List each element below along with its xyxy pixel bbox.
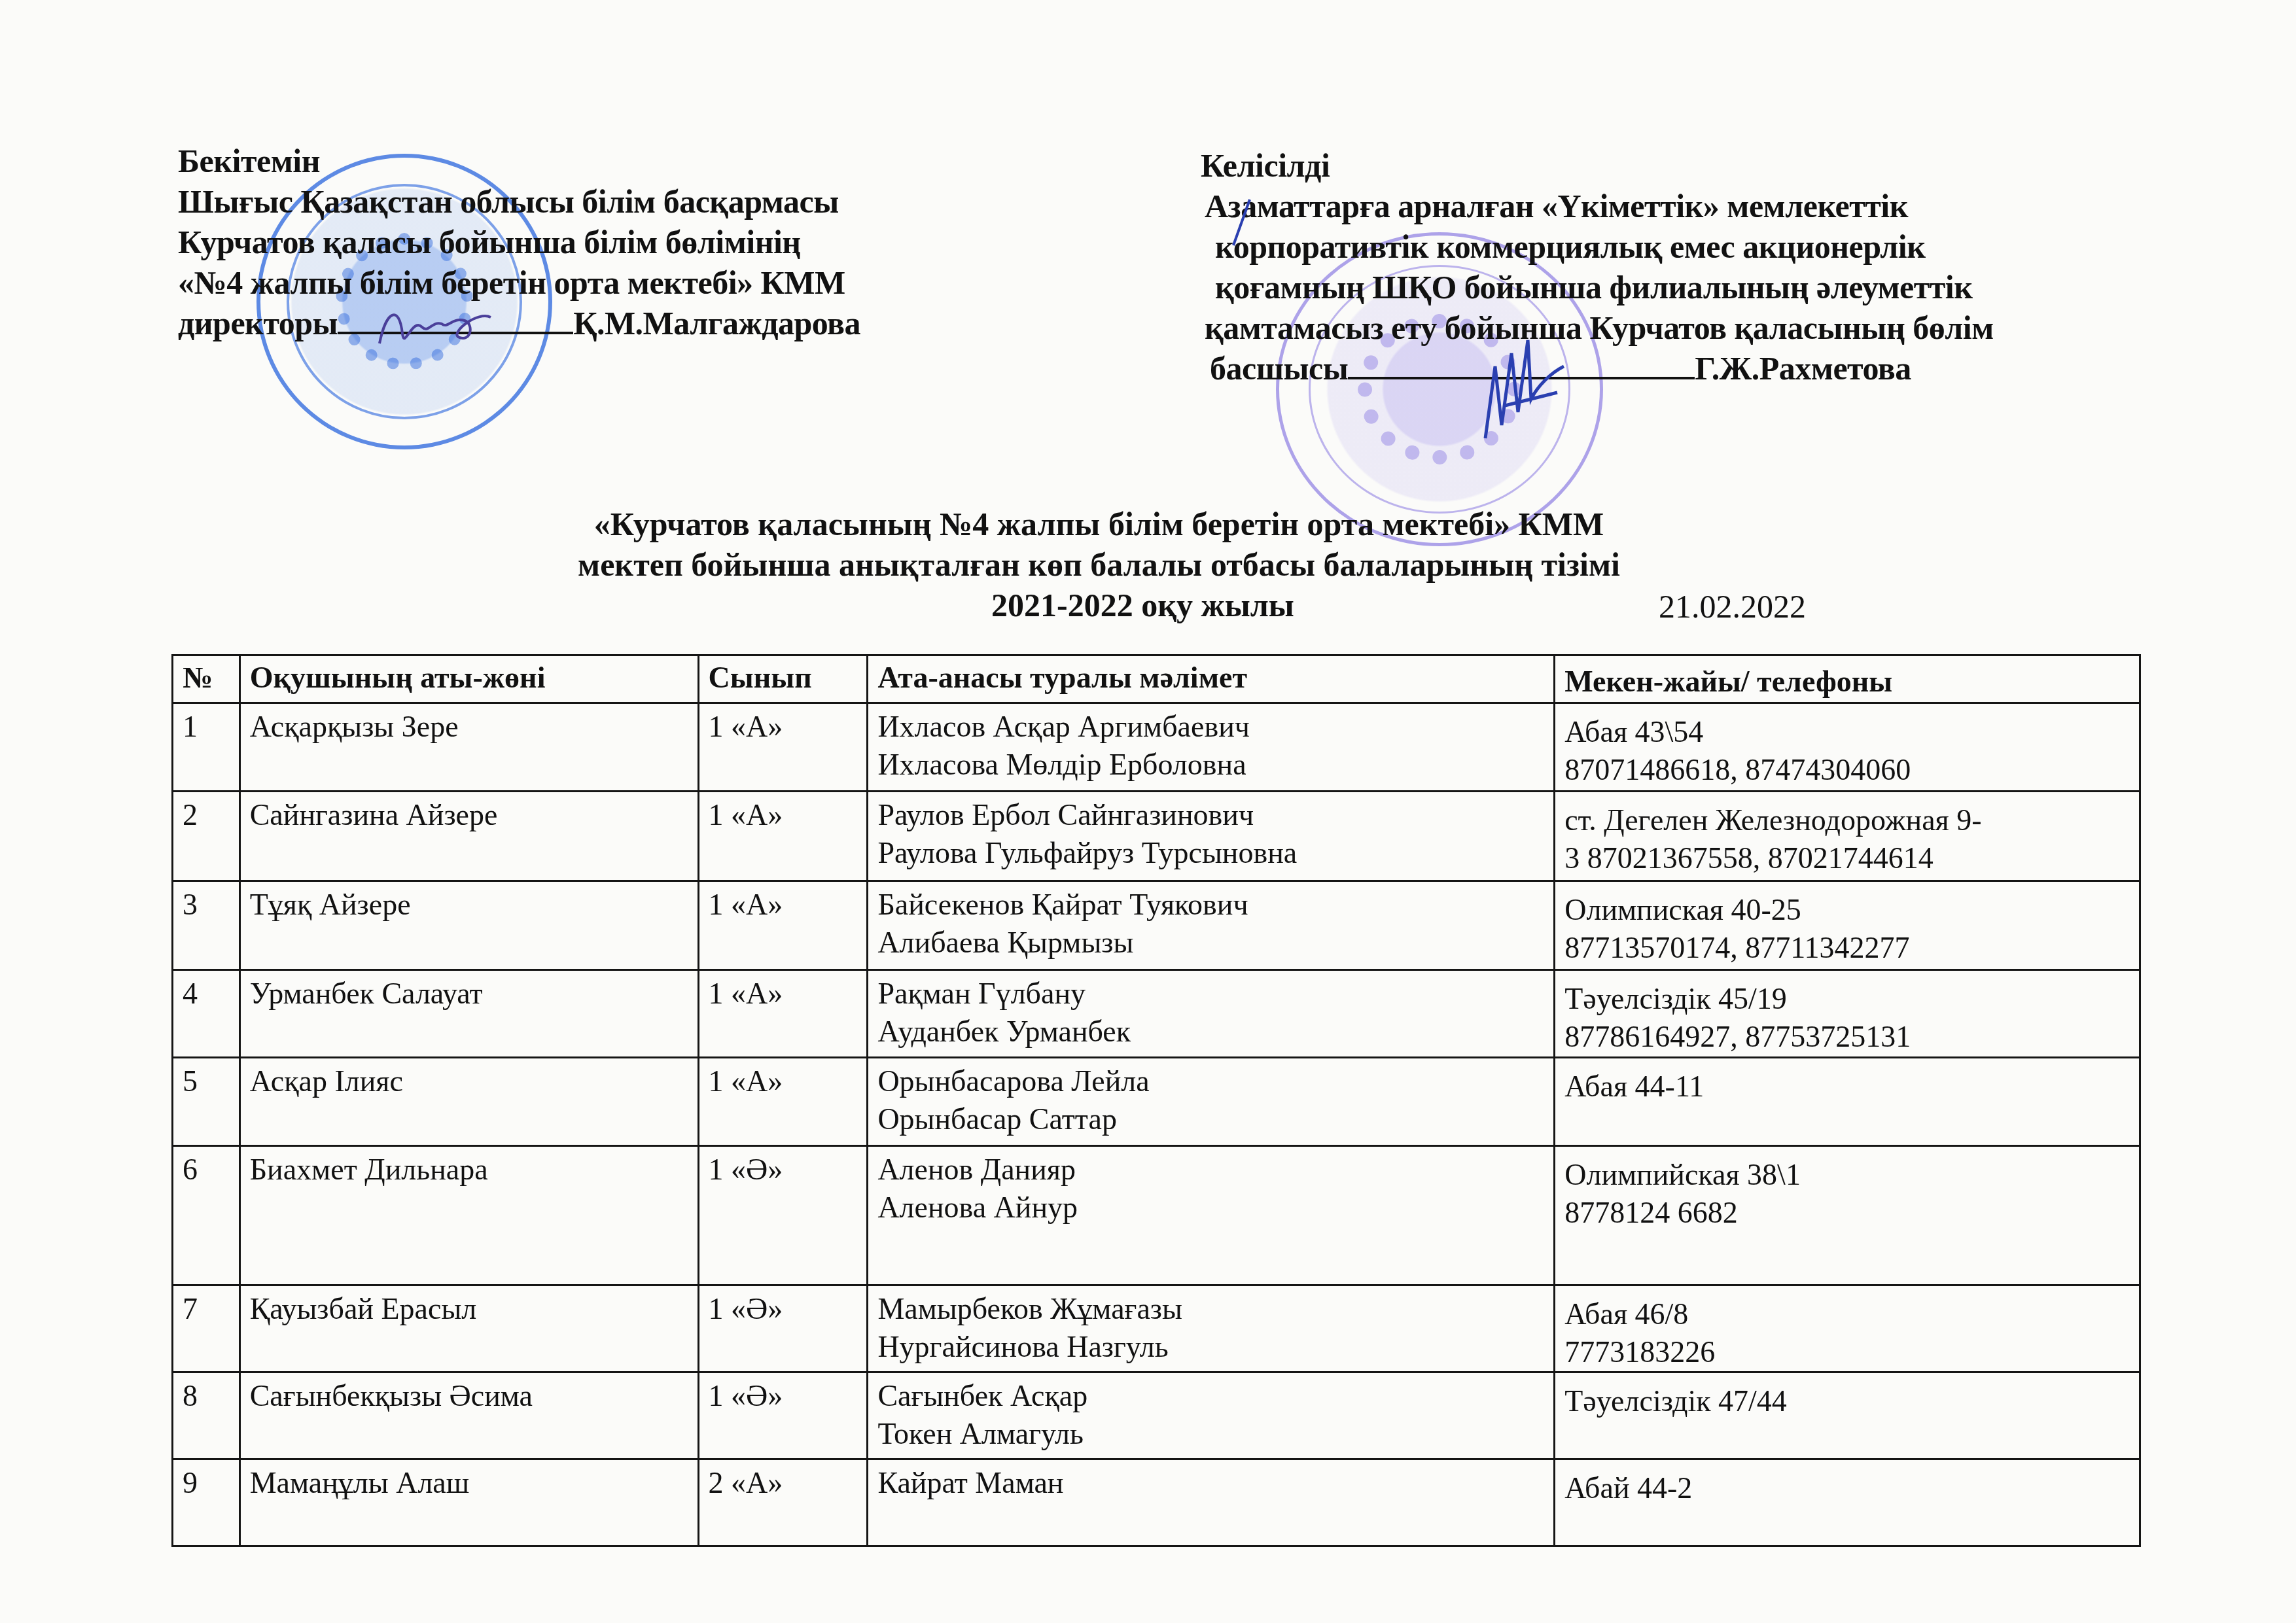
phone-line: 87786164927, 87753725131 xyxy=(1564,1018,2130,1056)
address-line: Абай 44-2 xyxy=(1564,1469,2130,1507)
cell-address-phone: Олимпиская 40-25 87713570174, 8771134227… xyxy=(1555,881,2140,970)
parent-name: Рақман Гүлбану xyxy=(877,975,1544,1013)
cell-number: 5 xyxy=(173,1058,240,1146)
cell-number: 3 xyxy=(173,881,240,970)
parent-name: Ихласова Мөлдір Ерболовна xyxy=(877,746,1544,784)
parent-name: Раулова Гульфайруз Турсыновна xyxy=(877,834,1544,872)
cell-parents: Аленов Данияр Аленова Айнур xyxy=(868,1146,1555,1285)
approval-line: Азаматтарға арналған «Үкіметтік» мемлеке… xyxy=(1201,186,1994,226)
address-line: Тәуелсіздік 47/44 xyxy=(1564,1382,2130,1420)
academic-year: 2021-2022 оқу жылы xyxy=(991,585,1294,625)
cell-student-name: Тұяқ Айзере xyxy=(239,881,698,970)
cell-address-phone: Тәуелсіздік 45/19 87786164927, 877537251… xyxy=(1555,970,2140,1058)
approval-line: корпоративтік коммерциялық емес акционер… xyxy=(1201,226,1994,267)
cell-class: 1 «Ә» xyxy=(698,1372,868,1459)
phone-line xyxy=(1564,1507,2130,1545)
parent-name: Орынбасарова Лейла xyxy=(877,1062,1544,1100)
parent-name: Аленов Данияр xyxy=(877,1151,1544,1189)
phone-line: 7773183226 xyxy=(1564,1333,2130,1371)
cell-number: 4 xyxy=(173,970,240,1058)
document-date: 21.02.2022 xyxy=(1659,586,1806,627)
cell-student-name: Сағынбекқызы Әсима xyxy=(239,1372,698,1459)
cell-class: 1 «А» xyxy=(698,970,868,1058)
phone-line: 8778124 6682 xyxy=(1564,1194,2130,1232)
parent-name: Токен Алмагуль xyxy=(877,1415,1544,1453)
parent-name: Кайрат Маман xyxy=(877,1464,1544,1502)
approval-heading: Бекітемін xyxy=(178,141,860,181)
cell-number: 1 xyxy=(173,703,240,792)
cell-address-phone: Тәуелсіздік 47/44 xyxy=(1555,1372,2140,1459)
cell-address-phone: Абая 46/8 7773183226 xyxy=(1555,1285,2140,1372)
approval-line: қамтамасыз ету бойынша Курчатов қаласыны… xyxy=(1201,307,1994,348)
parent-name: Ихласов Асқар Аргимбаевич xyxy=(877,708,1544,746)
cell-parents: Рақман Гүлбану Ауданбек Урманбек xyxy=(868,970,1555,1058)
phone-line: 87713570174, 87711342277 xyxy=(1564,929,2130,967)
cell-address-phone: Абай 44-2 xyxy=(1555,1459,2140,1546)
signer-name: Қ.М.Малгаждарова xyxy=(573,305,860,341)
cell-class: 2 «А» xyxy=(698,1459,868,1546)
title-line-1: «Курчатов қаласының №4 жалпы білім берет… xyxy=(0,504,2296,544)
parent-name: Аленова Айнур xyxy=(877,1189,1544,1227)
approval-line: «№4 жалпы білім беретін орта мектебі» КМ… xyxy=(178,262,860,303)
approval-block-right: Келісілді Азаматтарға арналған «Үкіметті… xyxy=(1201,145,1994,389)
table-row: 9 Мамаңұлы Алаш 2 «А» Кайрат Маман Абай … xyxy=(173,1459,2140,1546)
table-row: 5 Асқар Ілияс 1 «А» Орынбасарова Лейла О… xyxy=(173,1058,2140,1146)
cell-student-name: Асқар Ілияс xyxy=(239,1058,698,1146)
parent-name: Орынбасар Саттар xyxy=(877,1100,1544,1138)
cell-parents: Кайрат Маман xyxy=(868,1459,1555,1546)
signature-line: басшысыГ.Ж.Рахметова xyxy=(1201,348,1994,389)
table-row: 2 Сайнгазина Айзере 1 «А» Раулов Ербол С… xyxy=(173,792,2140,881)
cell-student-name: Биахмет Дильнара xyxy=(239,1146,698,1285)
table-row: 8 Сағынбекқызы Әсима 1 «Ә» Сағынбек Асқа… xyxy=(173,1372,2140,1459)
approval-line: Шығыс Қазақстан облысы білім басқармасы xyxy=(178,181,860,222)
cell-parents: Орынбасарова Лейла Орынбасар Саттар xyxy=(868,1058,1555,1146)
address-line: Тәуелсіздік 45/19 xyxy=(1564,980,2130,1018)
table-row: 4 Урманбек Салауат 1 «А» Рақман Гүлбану … xyxy=(173,970,2140,1058)
address-line: ст. Дегелен Железнодорожная 9- xyxy=(1564,801,2130,839)
cell-address-phone: ст. Дегелен Железнодорожная 9- 3 8702136… xyxy=(1555,792,2140,881)
approval-block-left: Бекітемін Шығыс Қазақстан облысы білім б… xyxy=(178,141,860,343)
header-address-phone: Мекен-жайы/ телефоны xyxy=(1555,655,2140,703)
cell-parents: Мамырбеков Жұмағазы Нургайсинова Назгуль xyxy=(868,1285,1555,1372)
table-header-row: № Оқушының аты-жөні Сынып Ата-анасы тура… xyxy=(173,655,2140,703)
signer-name: Г.Ж.Рахметова xyxy=(1695,350,1911,387)
document-title: «Курчатов қаласының №4 жалпы білім берет… xyxy=(0,504,2296,585)
parent-name: Байсекенов Қайрат Туякович xyxy=(877,886,1544,924)
cell-class: 1 «А» xyxy=(698,1058,868,1146)
cell-number: 9 xyxy=(173,1459,240,1546)
parent-name: Нургайсинова Назгуль xyxy=(877,1328,1544,1366)
signer-title: басшысы xyxy=(1210,350,1348,387)
cell-class: 1 «А» xyxy=(698,792,868,881)
cell-class: 1 «Ә» xyxy=(698,1285,868,1372)
cell-class: 1 «А» xyxy=(698,703,868,792)
header-student-name: Оқушының аты-жөні xyxy=(239,655,698,703)
table-row: 1 Асқарқызы Зере 1 «А» Ихласов Асқар Арг… xyxy=(173,703,2140,792)
address-line: Абая 44-11 xyxy=(1564,1068,2130,1106)
cell-number: 2 xyxy=(173,792,240,881)
cell-student-name: Урманбек Салауат xyxy=(239,970,698,1058)
header-parents: Ата-анасы туралы мәлімет xyxy=(868,655,1555,703)
children-list-table: № Оқушының аты-жөні Сынып Ата-анасы тура… xyxy=(171,654,2141,1547)
cell-address-phone: Абая 43\54 87071486618, 87474304060 xyxy=(1555,703,2140,792)
cell-number: 6 xyxy=(173,1146,240,1285)
table-row: 3 Тұяқ Айзере 1 «А» Байсекенов Қайрат Ту… xyxy=(173,881,2140,970)
address-line: Олимпиская 40-25 xyxy=(1564,891,2130,929)
parent-name: Мамырбеков Жұмағазы xyxy=(877,1290,1544,1328)
cell-number: 7 xyxy=(173,1285,240,1372)
cell-parents: Раулов Ербол Сайнгазинович Раулова Гульф… xyxy=(868,792,1555,881)
cell-student-name: Асқарқызы Зере xyxy=(239,703,698,792)
cell-address-phone: Абая 44-11 xyxy=(1555,1058,2140,1146)
cell-parents: Байсекенов Қайрат Туякович Алибаева Қырм… xyxy=(868,881,1555,970)
approval-line: Курчатов қаласы бойынша білім бөлімінің xyxy=(178,222,860,262)
header-class: Сынып xyxy=(698,655,868,703)
cell-student-name: Мамаңұлы Алаш xyxy=(239,1459,698,1546)
parent-name: Ауданбек Урманбек xyxy=(877,1013,1544,1051)
signer-title: директоры xyxy=(178,305,338,341)
cell-number: 8 xyxy=(173,1372,240,1459)
parent-name: Сағынбек Асқар xyxy=(877,1377,1544,1415)
signature-line: директорыҚ.М.Малгаждарова xyxy=(178,303,860,343)
cell-student-name: Сайнгазина Айзере xyxy=(239,792,698,881)
address-line: Абая 43\54 xyxy=(1564,713,2130,751)
cell-parents: Ихласов Асқар Аргимбаевич Ихласова Мөлді… xyxy=(868,703,1555,792)
title-line-2: мектеп бойынша анықталған көп балалы отб… xyxy=(0,544,2296,585)
parent-name: Раулов Ербол Сайнгазинович xyxy=(877,796,1544,834)
phone-line xyxy=(1564,1106,2130,1143)
phone-line: 3 87021367558, 87021744614 xyxy=(1564,839,2130,877)
table-row: 6 Биахмет Дильнара 1 «Ә» Аленов Данияр А… xyxy=(173,1146,2140,1285)
table-row: 7 Қауызбай Ерасыл 1 «Ә» Мамырбеков Жұмағ… xyxy=(173,1285,2140,1372)
signature-blank xyxy=(1348,377,1695,379)
approval-line: қоғамның ШҚО бойынша филиалының әлеуметт… xyxy=(1201,267,1994,307)
address-line: Олимпийская 38\1 xyxy=(1564,1156,2130,1194)
address-line: Абая 46/8 xyxy=(1564,1295,2130,1333)
cell-student-name: Қауызбай Ерасыл xyxy=(239,1285,698,1372)
approval-heading: Келісілді xyxy=(1201,145,1994,186)
header-number: № xyxy=(173,655,240,703)
cell-class: 1 «А» xyxy=(698,881,868,970)
phone-line: 87071486618, 87474304060 xyxy=(1564,751,2130,789)
cell-address-phone: Олимпийская 38\1 8778124 6682 xyxy=(1555,1146,2140,1285)
parent-name: Алибаева Қырмызы xyxy=(877,924,1544,962)
parent-name xyxy=(877,1502,1544,1540)
cell-parents: Сағынбек Асқар Токен Алмагуль xyxy=(868,1372,1555,1459)
signature-blank xyxy=(338,332,573,334)
cell-class: 1 «Ә» xyxy=(698,1146,868,1285)
phone-line xyxy=(1564,1420,2130,1458)
